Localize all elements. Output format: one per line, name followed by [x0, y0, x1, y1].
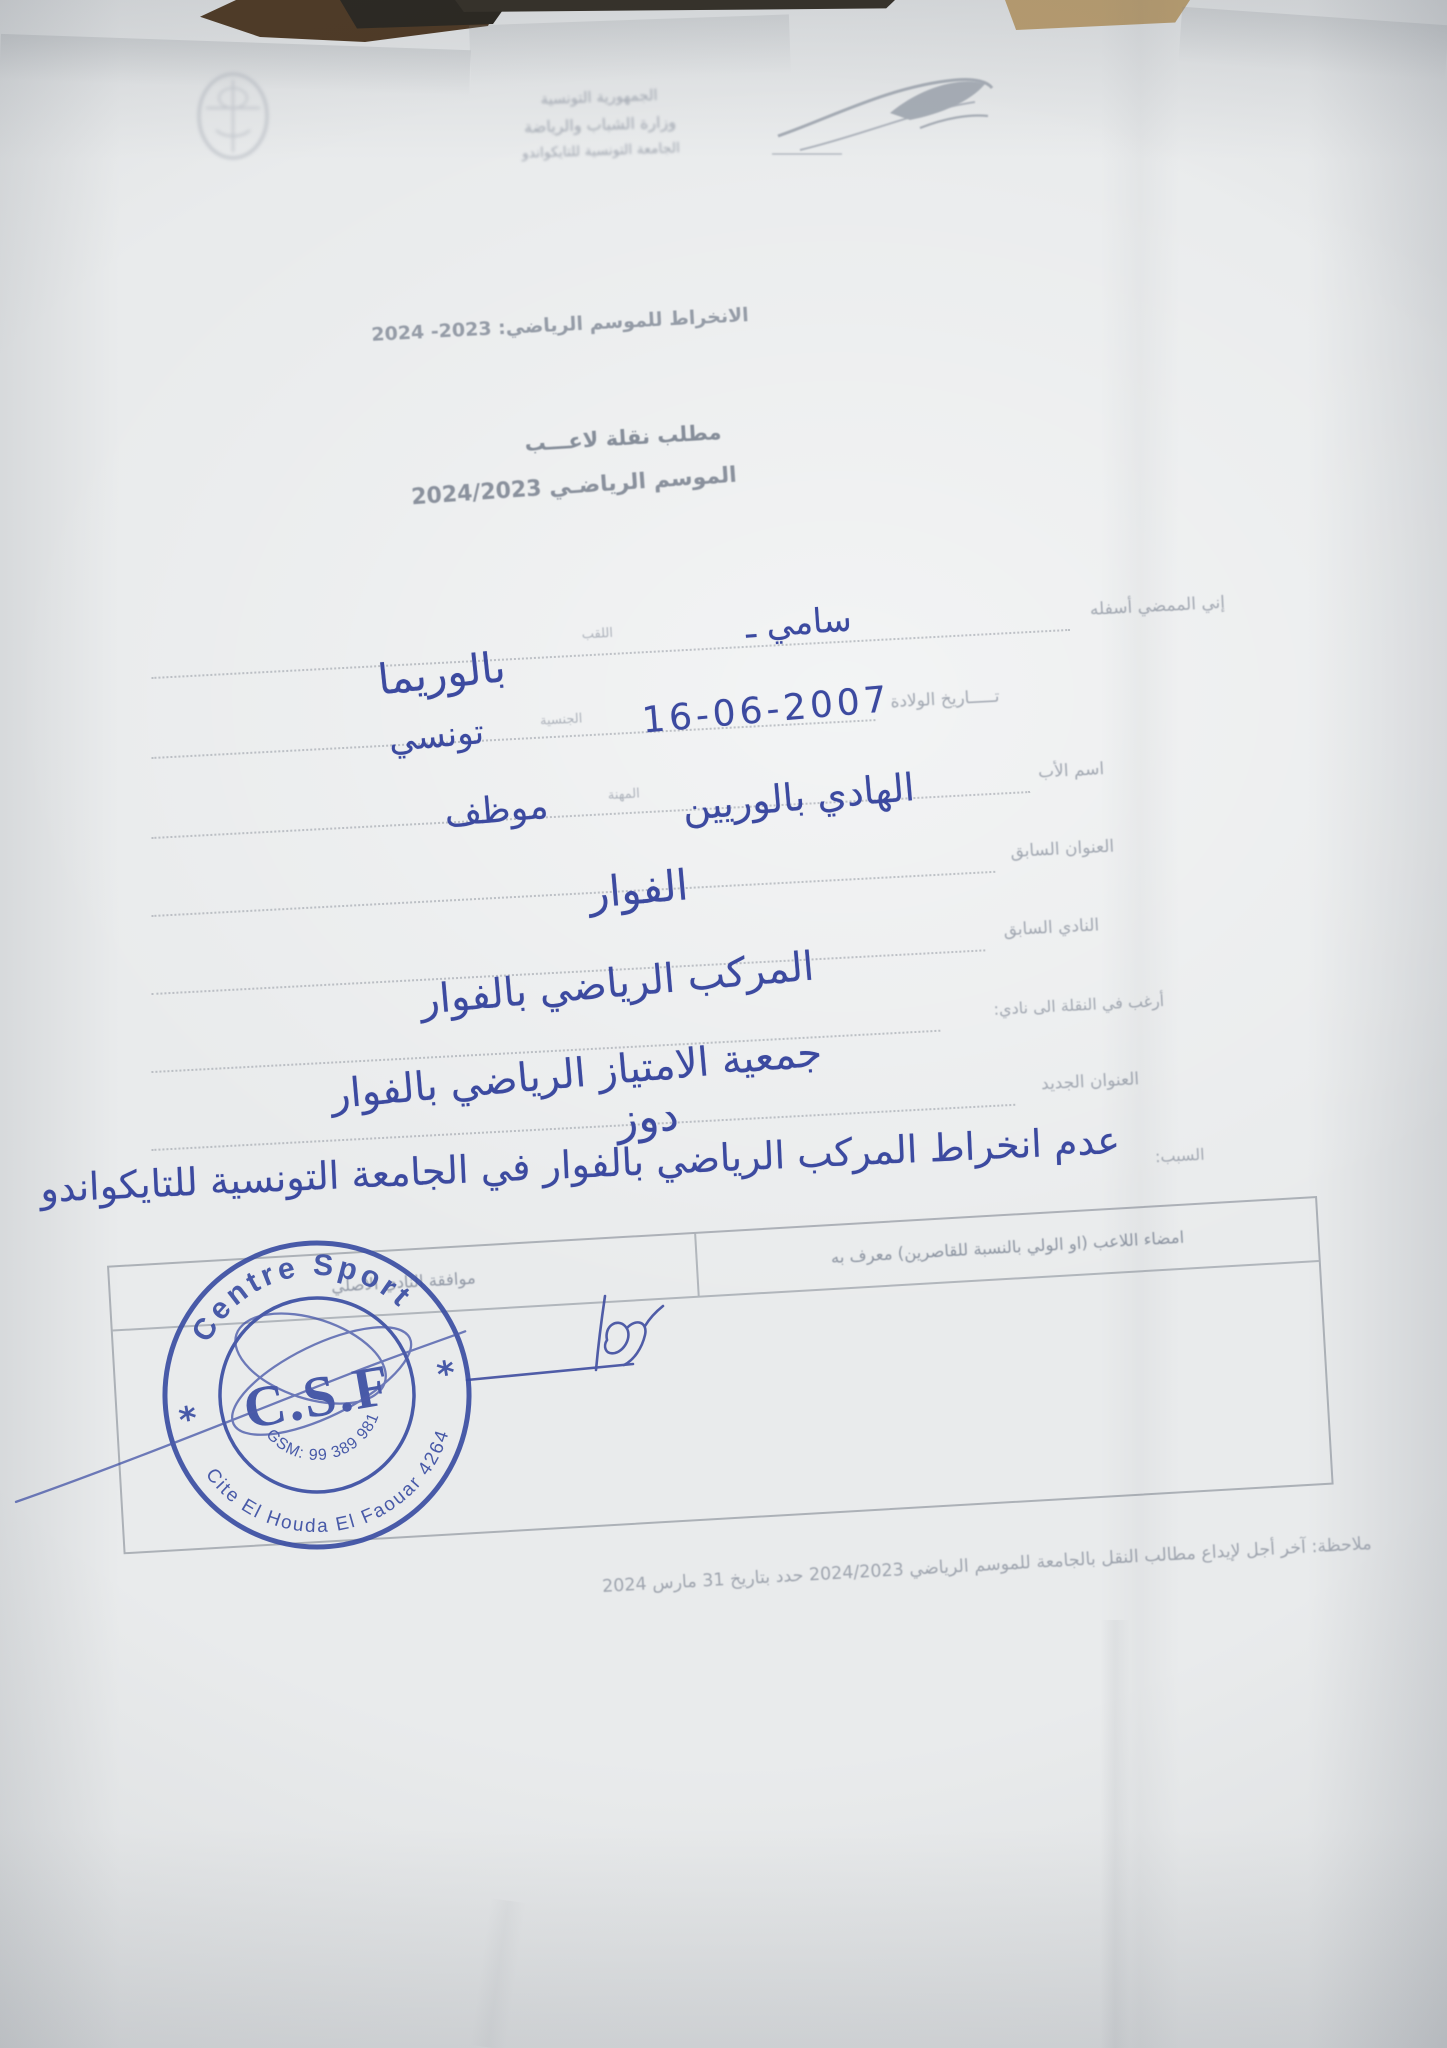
desk-edge-strip — [455, 0, 895, 12]
field-label-new-address: العنوان الجديد — [1041, 1069, 1140, 1094]
club-stamp: Centre Sport Cite El Houda El Faouar 426… — [126, 1204, 508, 1586]
field-label-nationality: الجنسية — [540, 711, 583, 728]
field-value-new-address: دوز — [614, 1089, 680, 1145]
form-title-season: الموسم الرياضـي 2024/2023 — [404, 462, 745, 511]
letterhead-line-federation: الجامعة التونسية للتايكواندو — [441, 137, 761, 164]
form-title: مطلب نقلة لاعـــب — [478, 417, 769, 459]
paper-crease-vertical — [1100, 1620, 1130, 2048]
footnote: ملاحظة: آخر أجل لإيداع مطالب النقل بالجا… — [602, 1534, 1373, 1597]
letterhead-line-ministry: وزارة الشباب والرياضة — [440, 109, 760, 139]
paper-fold-shadow-right — [1178, 7, 1447, 81]
paper-crease-diagonal — [470, 1898, 526, 2048]
tunisia-emblem-icon — [188, 68, 278, 168]
table-header-player-signature: امضاء اللاعب (او الولي بالنسبة للقاصرين)… — [694, 1198, 1319, 1296]
season-registration-line: الانخراط للموسم الرياضي: 2023- 2024 — [360, 304, 761, 347]
field-label-profession: المهنة — [607, 786, 640, 803]
scanned-transfer-request-form: الجمهورية التونسية وزارة الشباب والرياضة… — [0, 0, 1447, 2048]
field-label-surname: اللقب — [581, 626, 613, 643]
desk-edge-tan — [1005, 0, 1190, 30]
player-signature — [455, 1268, 735, 1418]
stamp-arc-top-text: Centre Sport — [175, 1230, 422, 1351]
letterhead-line-republic: الجمهورية التونسية — [439, 82, 759, 111]
stamp-star-right: * — [434, 1353, 459, 1396]
table-header-player-signature-label: امضاء اللاعب (او الولي بالنسبة للقاصرين)… — [830, 1227, 1184, 1266]
field-label-reason: السبب: — [1155, 1145, 1205, 1167]
letterhead-ministry-text: الجمهورية التونسية وزارة الشباب والرياضة… — [439, 82, 761, 164]
federation-logo-flourish-icon — [770, 58, 1000, 178]
paper-fold-shadow-center — [469, 14, 791, 85]
